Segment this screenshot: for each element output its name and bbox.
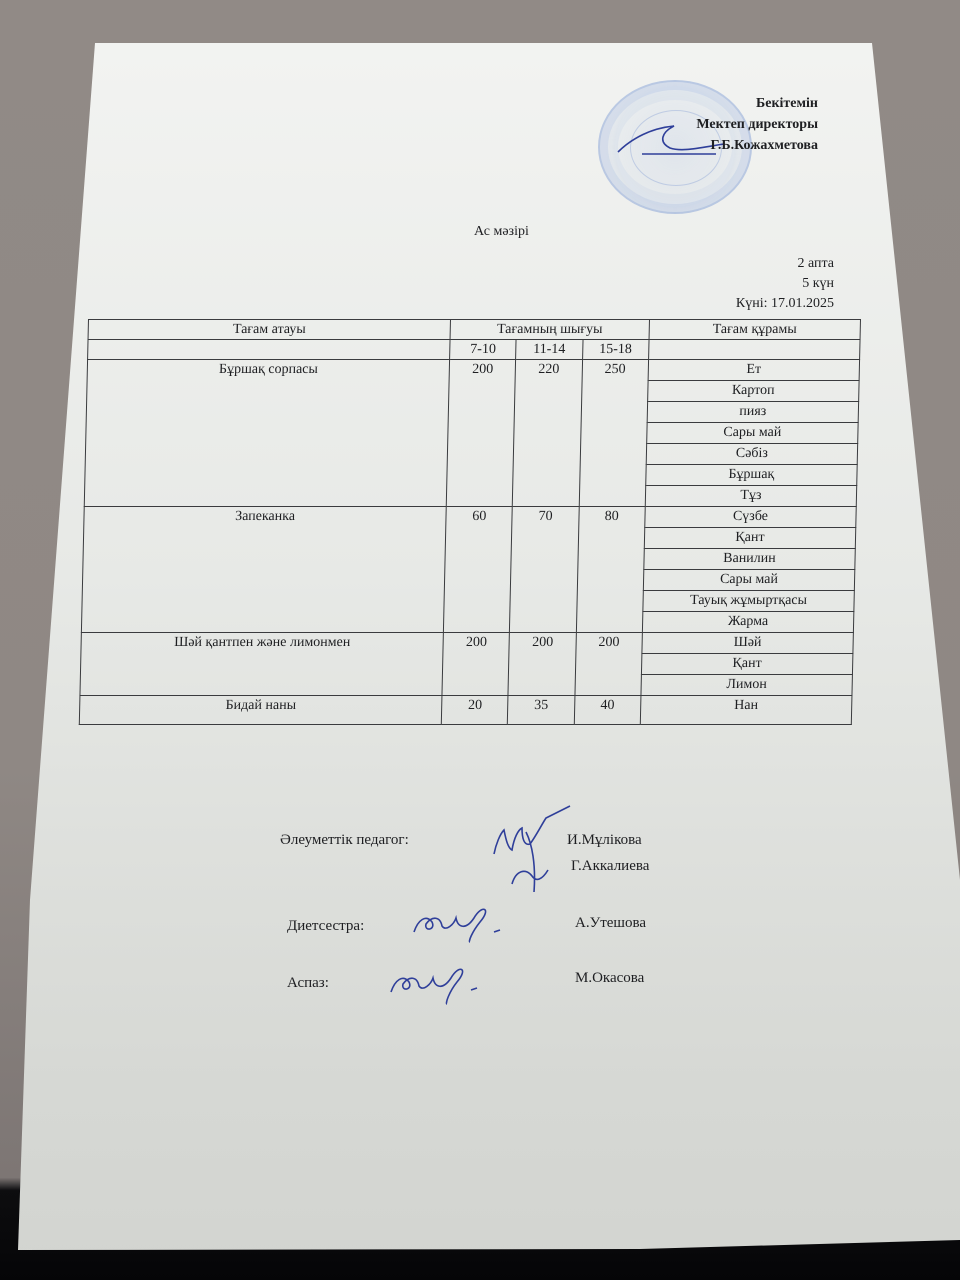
ingredient-cell: Ванилин [644,549,856,570]
signature-name: М.Окасова [575,970,644,987]
ingredient-cell: Сүзбе [645,507,857,528]
ingredient-cell: Шәй [642,633,854,654]
portion-value: 250 [579,360,649,507]
age-group-11-14: 11-14 [516,340,583,360]
portion-value: 80 [576,507,645,633]
ingredient-cell: Тауық жұмыртқасы [643,591,855,612]
week-label: 2 апта [640,254,834,274]
signature-name: А.Утешова [575,915,646,932]
portion-value: 200 [508,633,576,696]
signature-name: Г.Аккалиева [571,858,649,875]
age-group-7-10: 7-10 [450,340,517,360]
header-row: Тағам атауы Тағамның шығуы Тағам құрамы [88,320,860,340]
signature-role-cook: Аспаз: [287,975,329,992]
approval-director-name: Г.Б.Кожахметова [560,135,818,156]
ingredient-cell: Сары май [647,423,859,444]
menu-meta: 2 апта 5 күн Күні: 17.01.2025 [640,254,834,314]
portion-value: 20 [441,696,508,725]
ingredient-cell: Нан [640,696,852,725]
empty-cell [88,340,451,360]
ingredient-cell: Лимон [641,675,853,696]
ingredient-cell: пияз [647,402,859,423]
age-group-15-18: 15-18 [582,340,649,360]
portion-value: 200 [446,360,516,507]
ingredient-cell: Жарма [642,612,854,633]
ingredient-cell: Тұз [645,486,857,507]
portion-value: 35 [508,696,575,725]
portion-value: 200 [442,633,510,696]
ingredient-cell: Бұршақ [646,465,858,486]
ingredient-cell: Сәбіз [646,444,858,465]
portion-value: 40 [574,696,641,725]
signature-role-social-pedagogue: Әлеуметтік педагог: [280,832,409,849]
ingredient-cell: Қант [641,654,853,675]
table-row: Бұршақ сорпасы200220250Ет [87,360,859,381]
portion-value: 220 [513,360,583,507]
approval-position: Мектеп директоры [560,114,818,135]
dish-name: Шәй қантпен және лимонмен [80,633,444,696]
dish-name: Запеканка [81,507,446,633]
table-row: Запеканка607080Сүзбе [84,507,856,528]
date-label: Күні: 17.01.2025 [640,294,834,314]
signature-name: И.Мұлікова [567,832,642,849]
table-row: Бидай наны203540Нан [79,696,852,725]
age-group-row: 7-10 11-14 15-18 [88,340,860,360]
dish-name: Бұршақ сорпасы [84,360,450,507]
document-title: Ас мәзірі [474,224,529,240]
header-dish-name: Тағам атауы [88,320,451,340]
portion-value: 70 [510,507,579,633]
ingredient-cell: Картоп [647,381,859,402]
ingredient-cell: Ет [648,360,860,381]
table-row: Шәй қантпен және лимонмен200200200Шәй [81,633,853,654]
approval-block: Бекітемін Мектеп директоры Г.Б.Кожахмето… [560,93,818,156]
day-label: 5 күн [640,274,834,294]
empty-cell [648,340,860,360]
approval-title: Бекітемін [560,93,818,114]
menu-table: Тағам атауы Тағамның шығуы Тағам құрамы … [79,319,861,725]
dish-name: Бидай наны [79,696,442,725]
ingredient-cell: Қант [644,528,856,549]
portion-value: 60 [444,507,513,633]
signature-role-dietitian: Диетсестра: [287,918,364,935]
header-output: Тағамның шығуы [450,320,649,340]
portion-value: 200 [575,633,643,696]
header-composition: Тағам құрамы [649,320,861,340]
ingredient-cell: Сары май [643,570,855,591]
